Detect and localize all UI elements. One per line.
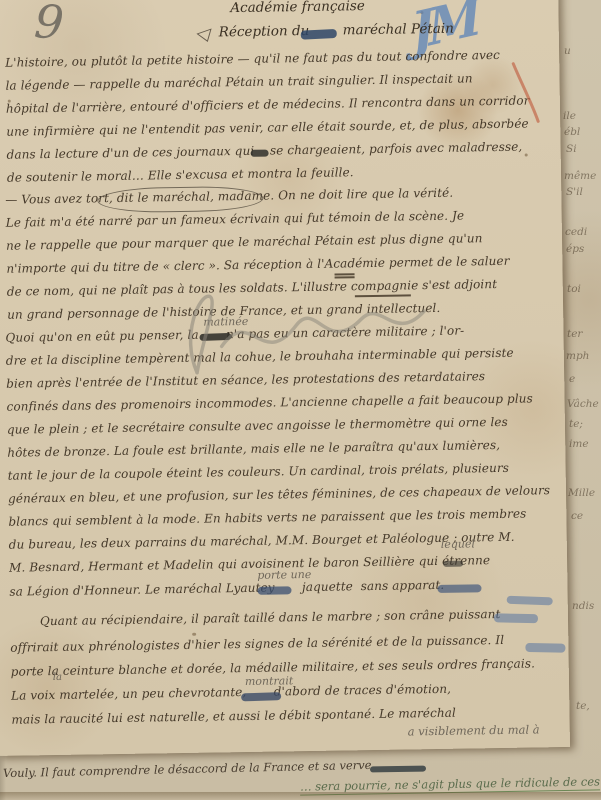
ink-crossout (251, 150, 269, 157)
blue-smudge (507, 596, 553, 606)
underlay-fragment: u (564, 45, 571, 57)
manuscript-line: mais la raucité lui est naturelle, et au… (11, 706, 456, 727)
underlay-fragment: cedi (565, 226, 587, 238)
manuscript-line: ne le rappelle que pour marquer que le m… (6, 231, 483, 253)
emphasis-underline (335, 276, 355, 278)
underlay-fragment: ter (567, 328, 582, 340)
pencil-correction: lequel (441, 537, 475, 551)
blue-smudge (525, 643, 565, 653)
pencil-circle-mark (97, 186, 263, 214)
underlay-fragment: te; (569, 418, 583, 430)
manuscript-line: M. Besnard, Hermant et Madelin qui avois… (9, 553, 490, 575)
blue-crossout (301, 29, 337, 40)
manuscript-line: La voix martelée, un peu chevrotante, d'… (11, 682, 451, 703)
underlay-fragment: e (569, 373, 575, 385)
pencil-addition: a visiblement du mal à (408, 722, 540, 738)
subtitle-before: Réception du (219, 23, 310, 40)
underlay-fragment: éps (566, 243, 584, 255)
manuscript-line: L'histoire, ou plutôt la petite histoire… (5, 48, 500, 70)
underlay-bottom-line: Vouly. Il faut comprendre le désaccord d… (3, 758, 372, 780)
manuscript-line: offrirait aux phrénologistes d'hier les … (10, 633, 504, 655)
underlay-fragment: ce (571, 510, 583, 522)
underlay-fragment: ndis (572, 600, 594, 612)
underlay-fragment: Vâche (567, 398, 599, 410)
manuscript-line: hôpital de l'arrière, entouré d'officier… (6, 93, 530, 116)
paper-speck (192, 633, 196, 636)
manuscript-line: n'importe qui du titre de « clerc ». Sa … (6, 254, 509, 276)
pencil-correction: porte une (257, 568, 311, 582)
page-title: Académie française (230, 0, 365, 16)
page-number: 9 (33, 0, 66, 50)
underlay-fragment: Mille (568, 487, 595, 499)
manuscript-line: tant le jour de la coupole éteint les co… (8, 461, 510, 483)
underlay-fragment: te, (576, 700, 590, 712)
manuscript-line: généraux en bleu, et une profusion, sur … (8, 483, 550, 506)
blue-crossout (241, 692, 281, 701)
manuscript-line: une infirmière qui ne l'entendit pas ven… (6, 116, 529, 139)
manuscript-line: sa Légion d'Honneur. Le maréchal Lyautey… (9, 578, 444, 599)
blue-crossout (437, 584, 481, 593)
manuscript-line: blancs qui semblent à la mode. En habits… (8, 507, 526, 530)
pencil-insertion: la (53, 672, 62, 683)
manuscript-line: la légende — rappelle du maréchal Pétain… (5, 71, 472, 93)
underlay-fragment: toi (567, 283, 581, 295)
proof-triangle-mark: ▽ (195, 24, 216, 46)
manuscript-line: du bureau, les deux parrains du maréchal… (9, 530, 515, 552)
manuscript-scan: u ile ébl Si même S'il cedi éps toi ter … (0, 0, 601, 800)
red-crayon-stroke (507, 61, 542, 124)
manuscript-line: Le fait m'a été narré par un fameux écri… (6, 209, 465, 231)
lower-sheet-edge (0, 792, 601, 800)
manuscript-line: que le plein ; et le secrétaire consulte… (7, 415, 508, 437)
blue-crossout (257, 586, 291, 595)
manuscript-line: Quant au récipiendaire, il paraît taillé… (40, 607, 501, 629)
paper-speck (525, 154, 528, 157)
ink-crossout (370, 766, 426, 773)
emphasis-underline (335, 273, 355, 275)
blue-smudge (494, 613, 538, 623)
manuscript-page: 9 JM Académie française ▽ Réception du m… (0, 0, 570, 756)
manuscript-line: de soutenir le moral… Elle s'excusa et m… (7, 165, 354, 185)
underlay-fragment: S'il (566, 186, 583, 198)
pencil-correction: montrait (245, 674, 294, 688)
underlay-fragment: mph (566, 350, 589, 362)
underlay-fragment: Si (566, 143, 577, 155)
underlay-fragment: ime (569, 438, 589, 450)
underlay-fragment: même (564, 170, 596, 182)
subtitle-after: maréchal Pétain (343, 21, 454, 39)
manuscript-line: confinés dans des promenoirs incommodes.… (6, 391, 532, 414)
pencil-scribble (166, 281, 432, 380)
underlay-fragment: ile (563, 110, 576, 122)
ink-crossout (443, 561, 463, 567)
underlay-fragment: ébl (564, 126, 580, 138)
manuscript-line: hôtes de bronze. La foule est brillante,… (7, 438, 500, 460)
